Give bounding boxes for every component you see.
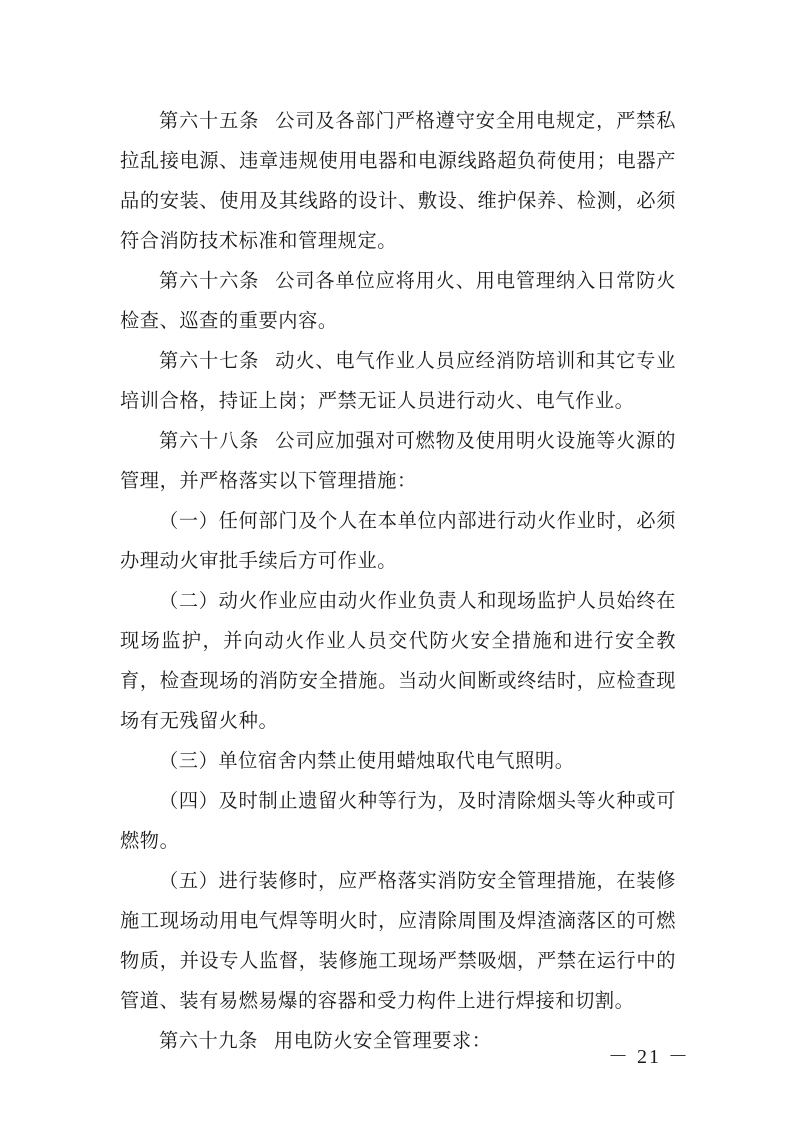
article-65: 第六十五条公司及各部门严格遵守安全用电规定，严禁私拉乱接电源、违章违规使用电器和… [120, 101, 676, 261]
article-text: 用电防火安全管理要求： [274, 1029, 492, 1052]
article-69: 第六十九条用电防火安全管理要求： [120, 1021, 676, 1061]
measure-2: （二）动火作业应由动火作业负责人和现场监护人员始终在现场监护，并向动火作业人员交… [120, 581, 676, 741]
article-number: 第六十九条 [159, 1029, 258, 1052]
measure-text: （四）及时制止遗留火种等行为，及时清除烟头等火种或可燃物。 [120, 789, 676, 852]
article-number: 第六十八条 [159, 429, 259, 452]
measure-text: （五）进行装修时，应严格落实消防安全管理措施，在装修施工现场动用电气焊等明火时，… [120, 869, 676, 1012]
article-67: 第六十七条动火、电气作业人员应经消防培训和其它专业培训合格，持证上岗；严禁无证人… [120, 341, 676, 421]
measure-4: （四）及时制止遗留火种等行为，及时清除烟头等火种或可燃物。 [120, 781, 676, 861]
article-number: 第六十五条 [159, 109, 259, 132]
document-page: 第六十五条公司及各部门严格遵守安全用电规定，严禁私拉乱接电源、违章违规使用电器和… [120, 101, 676, 1061]
measure-text: （一）任何部门及个人在本单位内部进行动火作业时，必须办理动火审批手续后方可作业。 [120, 509, 676, 572]
measure-3: （三）单位宿舍内禁止使用蜡烛取代电气照明。 [120, 741, 676, 781]
article-number: 第六十六条 [159, 269, 259, 292]
article-number: 第六十七条 [159, 349, 259, 372]
measure-1: （一）任何部门及个人在本单位内部进行动火作业时，必须办理动火审批手续后方可作业。 [120, 501, 676, 581]
measure-text: （二）动火作业应由动火作业负责人和现场监护人员始终在现场监护，并向动火作业人员交… [120, 589, 676, 732]
article-68: 第六十八条公司应加强对可燃物及使用明火设施等火源的管理，并严格落实以下管理措施： [120, 421, 676, 501]
page-number: － 21 － [608, 1040, 690, 1069]
measure-text: （三）单位宿舍内禁止使用蜡烛取代电气照明。 [159, 749, 575, 772]
article-66: 第六十六条公司各单位应将用火、用电管理纳入日常防火检查、巡查的重要内容。 [120, 261, 676, 341]
measure-5: （五）进行装修时，应严格落实消防安全管理措施，在装修施工现场动用电气焊等明火时，… [120, 861, 676, 1021]
